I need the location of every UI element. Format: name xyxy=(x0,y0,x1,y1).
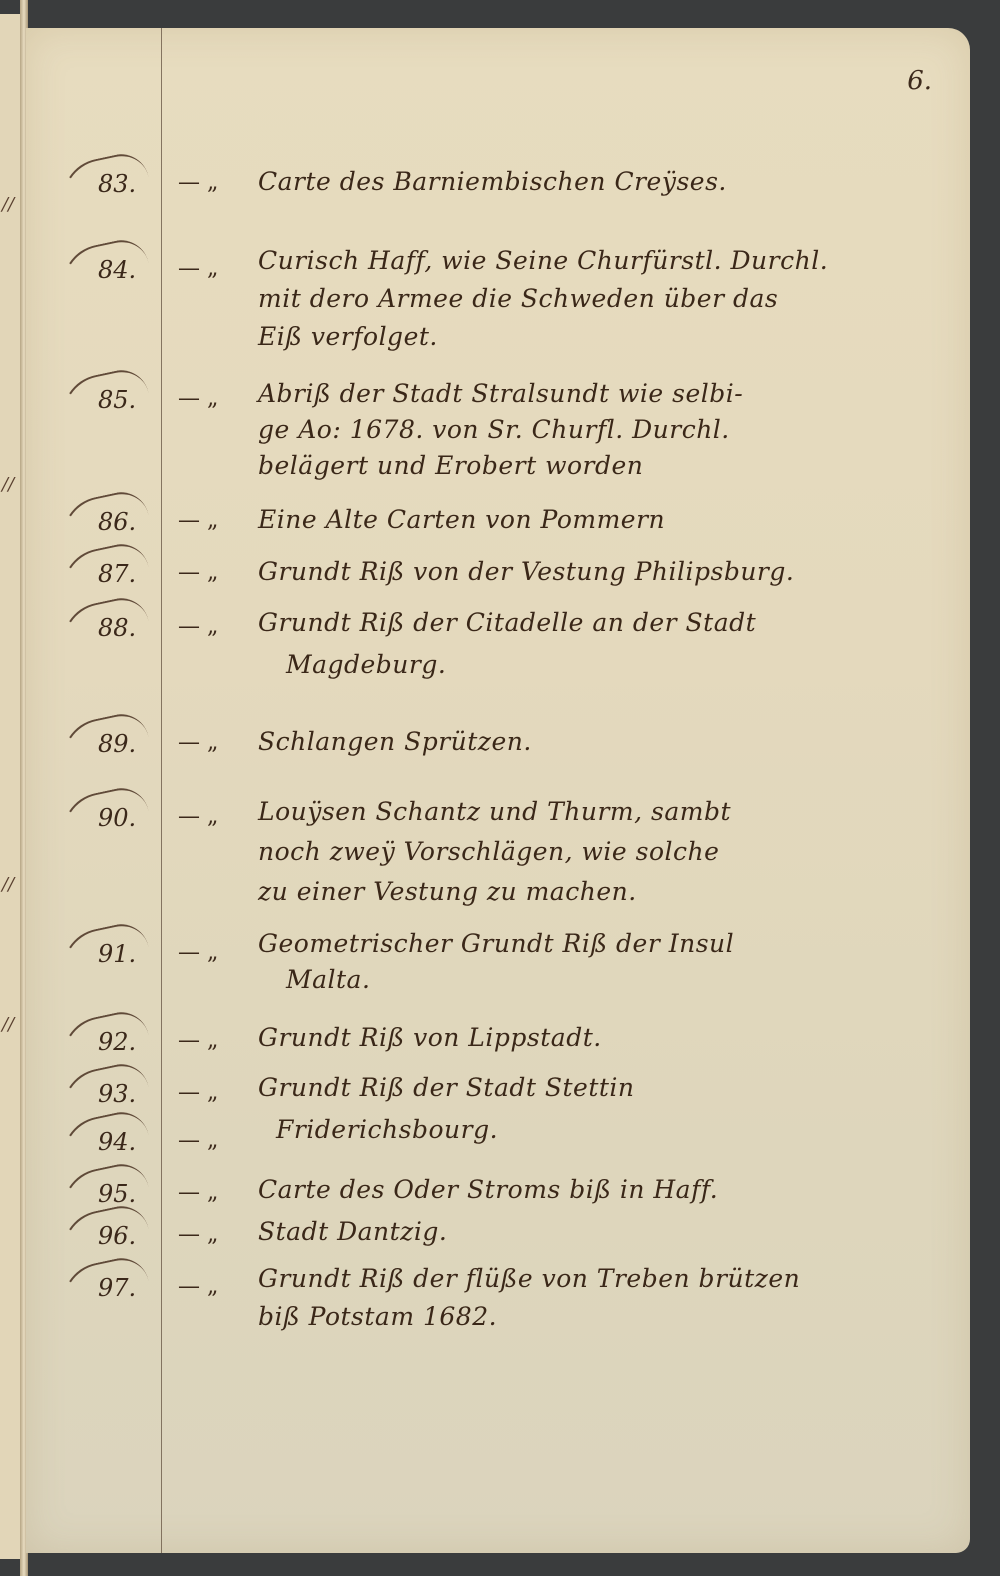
entry-number: 93. xyxy=(98,1080,158,1108)
entry-text: Friderichsbourg. xyxy=(276,1106,976,1154)
entry-mark: — „ xyxy=(178,1080,218,1105)
entry-line: Schlangen Sprützen. xyxy=(258,718,958,766)
entry-text: Grundt Riß von der Vestung Philipsburg. xyxy=(258,548,958,596)
entry-text: Abriß der Stadt Stralsundt wie selbi- ge… xyxy=(258,376,958,484)
entry-line: Friderichsbourg. xyxy=(276,1106,976,1154)
entry-text: Louÿsen Schantz und Thurm, sambt noch zw… xyxy=(258,792,958,912)
entry-mark: — „ xyxy=(178,940,218,965)
entry-text: Grundt Riß der flüße von Treben brützen … xyxy=(258,1260,958,1336)
entry-mark: — „ xyxy=(178,614,218,639)
entry-mark: — „ xyxy=(178,804,218,829)
entry-line: mit dero Armee die Schweden über das xyxy=(258,280,958,318)
entry-line: Grundt Riß der Stadt Stettin xyxy=(258,1064,958,1112)
entry-line: belägert und Erobert worden xyxy=(258,448,958,484)
entry-text: Geometrischer Grundt Riß der Insul Malta… xyxy=(258,926,958,998)
entry-text: Grundt Riß der Citadelle an der Stadt Ma… xyxy=(258,602,958,686)
entry-line: Abriß der Stadt Stralsundt wie selbi- xyxy=(258,376,958,412)
entry-text: Schlangen Sprützen. xyxy=(258,718,958,766)
entry-line: Malta. xyxy=(258,962,958,998)
entry-line: Magdeburg. xyxy=(258,644,958,686)
entry-mark: — „ xyxy=(178,256,218,281)
entry-number: 96. xyxy=(98,1222,158,1250)
entry-number: 91. xyxy=(98,940,158,968)
entry-text: Carte des Oder Stroms biß in Haff. xyxy=(258,1166,958,1214)
entry-mark: — „ xyxy=(178,560,218,585)
entry-number: 95. xyxy=(98,1180,158,1208)
entry-number: 86. xyxy=(98,508,158,536)
entry-mark: — „ xyxy=(178,1028,218,1053)
entry-number: 88. xyxy=(98,614,158,642)
facing-page-mark: // xyxy=(2,874,14,895)
entry-line: Stadt Dantzig. xyxy=(258,1208,958,1256)
entry-number: 84. xyxy=(98,256,158,284)
entry-text: Stadt Dantzig. xyxy=(258,1208,958,1256)
entry-number: 90. xyxy=(98,804,158,832)
entry-mark: — „ xyxy=(178,1222,218,1247)
facing-page-mark: // xyxy=(2,194,14,215)
entry-line: zu einer Vestung zu machen. xyxy=(258,872,958,912)
entry-line: noch zweÿ Vorschlägen, wie solche xyxy=(258,832,958,872)
entry-line: Eine Alte Carten von Pommern xyxy=(258,496,958,544)
entry-number: 92. xyxy=(98,1028,158,1056)
entry-text: Curisch Haff, wie Seine Churfürstl. Durc… xyxy=(258,242,958,356)
entry-line: Grundt Riß von Lippstadt. xyxy=(258,1014,958,1062)
entry-number: 85. xyxy=(98,386,158,414)
entry-line: biß Potstam 1682. xyxy=(258,1298,958,1336)
entry-text: Grundt Riß der Stadt Stettin xyxy=(258,1064,958,1112)
entry-mark: — „ xyxy=(178,508,218,533)
entry-line: Louÿsen Schantz und Thurm, sambt xyxy=(258,792,958,832)
entry-line: ge Ao: 1678. von Sr. Churfl. Durchl. xyxy=(258,412,958,448)
entry-number: 83. xyxy=(98,170,158,198)
entry-mark: — „ xyxy=(178,170,218,195)
entry-text: Eine Alte Carten von Pommern xyxy=(258,496,958,544)
entry-mark: — „ xyxy=(178,730,218,755)
margin-rule xyxy=(161,28,162,1553)
entry-number: 89. xyxy=(98,730,158,758)
entry-number: 87. xyxy=(98,560,158,588)
entry-line: Grundt Riß der flüße von Treben brützen xyxy=(258,1260,958,1298)
entry-line: Grundt Riß der Citadelle an der Stadt xyxy=(258,602,958,644)
entry-text: Carte des Barniembischen Creÿses. xyxy=(258,158,958,206)
entry-line: Geometrischer Grundt Riß der Insul xyxy=(258,926,958,962)
entry-mark: — „ xyxy=(178,1274,218,1299)
entry-line: Curisch Haff, wie Seine Churfürstl. Durc… xyxy=(258,242,958,280)
entry-mark: — „ xyxy=(178,386,218,411)
page-number: 6. xyxy=(907,66,932,96)
entry-number: 97. xyxy=(98,1274,158,1302)
manuscript-page: 6. 83. — „ Carte des Barniembischen Creÿ… xyxy=(26,28,970,1553)
entry-line: Eiß verfolget. xyxy=(258,318,958,356)
facing-page-mark: // xyxy=(2,1014,14,1035)
entry-line: Carte des Oder Stroms biß in Haff. xyxy=(258,1166,958,1214)
entry-line: Grundt Riß von der Vestung Philipsburg. xyxy=(258,548,958,596)
entry-mark: — „ xyxy=(178,1128,218,1153)
facing-page-mark: // xyxy=(2,474,14,495)
entry-mark: — „ xyxy=(178,1180,218,1205)
entry-number: 94. xyxy=(98,1128,158,1156)
entry-line: Carte des Barniembischen Creÿses. xyxy=(258,158,958,206)
entry-text: Grundt Riß von Lippstadt. xyxy=(258,1014,958,1062)
